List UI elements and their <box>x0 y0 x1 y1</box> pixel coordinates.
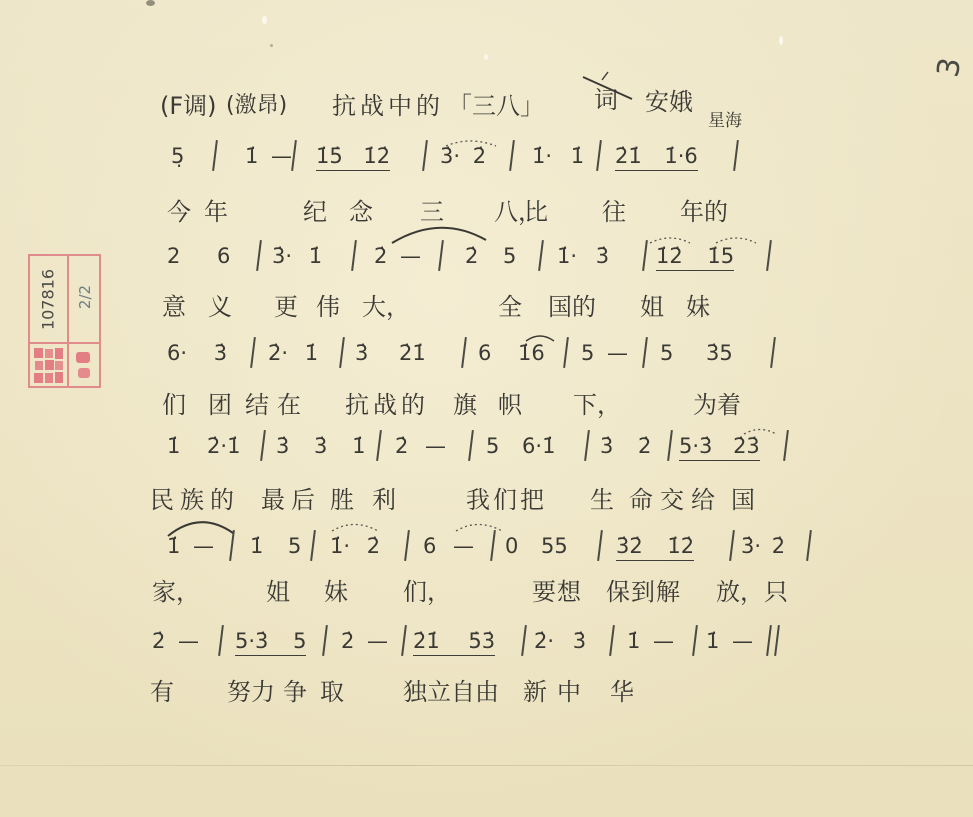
bar-line <box>401 625 407 656</box>
bar-line <box>596 140 602 171</box>
lyric-text: 国的 <box>548 293 596 321</box>
composer-name: 星海 <box>708 106 742 131</box>
lyricist-name: 安娥 <box>645 88 693 116</box>
bar-line <box>642 240 648 271</box>
note-group: 2̇ — <box>374 243 421 269</box>
note-group: 5̣ <box>171 143 184 169</box>
title-line: (F调) (激昂) 抗战中的 「三八」 词 安娥 星海 <box>0 92 973 124</box>
bar-line <box>229 530 235 561</box>
lyrics-line-1: 今 年 纪 念 三 八， 比 往 年的 <box>0 198 973 230</box>
note-group: 1̇· 3̇ <box>557 243 609 269</box>
paper-speck <box>262 16 267 24</box>
bar-line <box>461 337 467 368</box>
dotted-slur <box>332 525 378 532</box>
lyric-text: 纪 <box>303 198 327 226</box>
title-strike-mark <box>602 72 608 80</box>
note-group: 1̇ 5 <box>250 533 301 559</box>
bar-line <box>250 337 256 368</box>
bar-line <box>212 140 218 171</box>
bar-line <box>770 337 776 368</box>
lyric-text: 放，只 <box>716 578 788 606</box>
note-group: 1̇ 2̇·1̇ <box>167 433 240 459</box>
song-title: 抗战中的 <box>332 92 444 120</box>
lyric-text: 年的 <box>680 198 728 226</box>
notation-line-1: 5̣ 1̇ — 1̇5̇ 1̇2̇ 3̇· 2̇ 1̇· 1̇ 2̇1̇ 1̇·… <box>0 143 973 175</box>
lyric-text: 往 <box>602 198 626 226</box>
note-group: 1̇· 1̇ <box>532 143 584 169</box>
notation-line-5: 1̇ — 1̇ 5 1̇· 2̇ 6 — 0 55 3̇2̇ 1̇2̇ 3̇· … <box>0 533 973 565</box>
lyric-text: 利 <box>372 486 396 514</box>
lyric-text: 取 <box>320 678 344 706</box>
lyrics-line-2: 意 义 更 伟 大， 全 国的 姐 妹 <box>0 293 973 325</box>
bar-line <box>597 530 603 561</box>
bar-line <box>339 337 345 368</box>
bar-line <box>509 140 515 171</box>
note-group: 5 — <box>581 340 628 366</box>
paper-speck <box>484 54 488 60</box>
note-group: 5 6·1̇ <box>486 433 555 459</box>
note-group: 1̇ — <box>706 628 753 654</box>
tie-arc <box>392 228 486 243</box>
bar-line <box>490 530 496 561</box>
lyrics-line-4: 民族的 最后 胜 利 我们把 生 命交给 国 <box>0 486 973 518</box>
paper-speck <box>146 0 155 6</box>
lyric-text: 大， <box>362 293 410 321</box>
note-group: 3̇ 2̇1̇ <box>355 340 426 366</box>
note-group: 3̇· 2̇ <box>440 143 486 169</box>
lyric-text: 姐 <box>640 293 664 321</box>
paper-speck <box>270 44 273 47</box>
final-bar-line <box>774 625 780 656</box>
lyric-text: 家， <box>152 578 200 606</box>
note-group: 6 1̇6 <box>478 340 545 366</box>
bar-line <box>733 140 739 171</box>
notation-line-6: 2̇ — 5·3̇ 5 2̇ — 2̇1̇ 5̇3̇ 2̇· 3̇ 1̇ — 1… <box>0 628 973 660</box>
lyric-text: 命交给 <box>629 486 722 514</box>
lyric-text: 团 <box>208 391 232 419</box>
bar-line <box>766 240 772 271</box>
note-group: 2̇· 1̇ <box>268 340 318 366</box>
lyric-text: 帜 <box>498 391 522 419</box>
bar-line <box>310 530 316 561</box>
lyric-text: 们， <box>403 578 451 606</box>
note-group: 3̇· 2̇ <box>741 533 785 559</box>
paper-fold-line <box>0 765 973 766</box>
note-group: 1̇ — <box>167 533 214 559</box>
note-group: 6 — <box>423 533 474 559</box>
notation-line-2: 2 6 3̇· 1̇ 2̇ — 2̇ 5 1̇· 3̇ 1̇2̇ 1̇5 <box>0 243 973 275</box>
lyric-text: 意 <box>162 293 186 321</box>
lyric-text: 有 <box>150 678 174 706</box>
bar-line <box>609 625 615 656</box>
note-group: 1̇· 2̇ <box>330 533 380 559</box>
struck-word: 词 <box>594 86 618 114</box>
lyric-text: 华 <box>610 678 634 706</box>
note-group: 2 6 <box>167 243 230 269</box>
lyric-text: 义 <box>208 293 232 321</box>
bar-line <box>376 430 382 461</box>
bar-line <box>438 240 444 271</box>
note-group: 3̇ 2̇ <box>600 433 651 459</box>
bar-line <box>538 240 544 271</box>
lyric-text: 要想 <box>532 578 582 606</box>
note-group: 5·3̇ 5 <box>235 628 306 656</box>
note-group: 2̇ — <box>395 433 446 459</box>
bar-line <box>783 430 789 461</box>
note-group: 2̇· 3̇ <box>534 628 586 654</box>
lyric-text: 国 <box>731 486 755 514</box>
bar-line <box>667 430 673 461</box>
bar-line <box>692 625 698 656</box>
bar-line <box>322 625 328 656</box>
lyric-text: 下， <box>573 391 621 419</box>
note-group: 2̇1̇ 1̇·6 <box>615 143 698 171</box>
note-group: 2̇ — <box>152 628 199 654</box>
note-group: 1̇ — <box>627 628 674 654</box>
bar-line <box>521 625 527 656</box>
lyric-text: 保到解 <box>606 578 681 606</box>
lyric-text: 结在 <box>245 391 309 419</box>
lyric-text: 比 <box>524 198 548 226</box>
page-number: 3 <box>931 55 969 80</box>
notation-line-4: 1̇ 2̇·1̇ 3̇ 3̇ 1̇ 2̇ — 5 6·1̇ 3̇ 2̇ 5·3̇… <box>0 433 973 465</box>
lyric-text: 更 <box>274 293 298 321</box>
lyric-text: 们 <box>162 391 186 419</box>
lyric-text: 胜 <box>330 486 354 514</box>
lyric-text: 旗 <box>453 391 477 419</box>
bar-line <box>584 430 590 461</box>
song-title-quoted: 「三八」 <box>448 92 544 120</box>
note-group: 3̇2̇ 1̇2̇ <box>616 533 694 561</box>
note-group: 6· 3̇ <box>167 340 227 366</box>
lyric-text: 争 <box>283 678 307 706</box>
note-group: 5·3̇ 2̇3̇ <box>679 433 760 461</box>
note-group: 1̇ — <box>245 143 292 169</box>
note-group: 5 3̇5 <box>660 340 733 366</box>
bar-line <box>563 337 569 368</box>
lyric-text: 今 <box>167 198 191 226</box>
lyric-text: 最后 <box>261 486 321 514</box>
lyric-text: 努力 <box>227 678 275 706</box>
lyric-text: 妹 <box>324 578 348 606</box>
lyric-text: 姐 <box>266 578 290 606</box>
note-group: 2̇ — <box>341 628 388 654</box>
note-group: 1̇2̇ 1̇5 <box>656 243 734 271</box>
lyrics-line-6: 有 努力 争 取 独立自由 新 中 华 <box>0 678 973 710</box>
bar-line <box>256 240 262 271</box>
lyric-text: 全 <box>498 293 522 321</box>
bar-line <box>422 140 428 171</box>
bar-line <box>806 530 812 561</box>
paper-speck <box>779 36 783 45</box>
key-signature: (F调) <box>160 92 217 120</box>
bar-line <box>260 430 266 461</box>
lyric-text: 为着 <box>693 391 741 419</box>
lyric-text: 三 <box>420 198 444 226</box>
lyric-text: 生 <box>590 486 614 514</box>
lyrics-line-3: 们 团 结在 抗战的 旗 帜 下， 为着 <box>0 391 973 423</box>
bar-line <box>729 530 735 561</box>
lyric-text: 我们把 <box>466 486 547 514</box>
lyric-text: 新 <box>523 678 547 706</box>
bar-line <box>404 530 410 561</box>
lyrics-line-5: 家， 姐 妹 们， 要想 保到解 放，只 <box>0 578 973 610</box>
lyric-text: 妹 <box>686 293 710 321</box>
tempo-mood: (激昂) <box>226 92 287 120</box>
bar-line <box>642 337 648 368</box>
lyric-text: 独立自由 <box>403 678 499 706</box>
final-bar-line <box>766 625 772 656</box>
bar-line <box>218 625 224 656</box>
note-group: 3̇· 1̇ <box>272 243 322 269</box>
lyric-text: 年 <box>204 198 228 226</box>
lyric-text: 念 <box>349 198 373 226</box>
note-group: 2̇ 5 <box>465 243 516 269</box>
note-group: 2̇1̇ 5̇3̇ <box>413 628 495 656</box>
note-group: 1̇5̇ 1̇2̇ <box>316 143 390 171</box>
notation-line-3: 6· 3̇ 2̇· 1̇ 3̇ 2̇1̇ 6 1̇6 5 — 5 3̇5 <box>0 340 973 372</box>
lyric-text: 抗战的 <box>345 391 429 419</box>
lyric-text: 民族的 <box>150 486 240 514</box>
lyric-text: 伟 <box>316 293 340 321</box>
bar-line <box>468 430 474 461</box>
manuscript-page: 3 107816 2/2 (F调) (激昂) 抗战中的 「三八」 词 安娥 星海 <box>0 0 973 817</box>
bar-line <box>351 240 357 271</box>
lyric-text: 中 <box>557 678 581 706</box>
note-group: 0 55 <box>505 533 568 559</box>
note-group: 3̇ 3̇ 1̇ <box>276 433 365 459</box>
